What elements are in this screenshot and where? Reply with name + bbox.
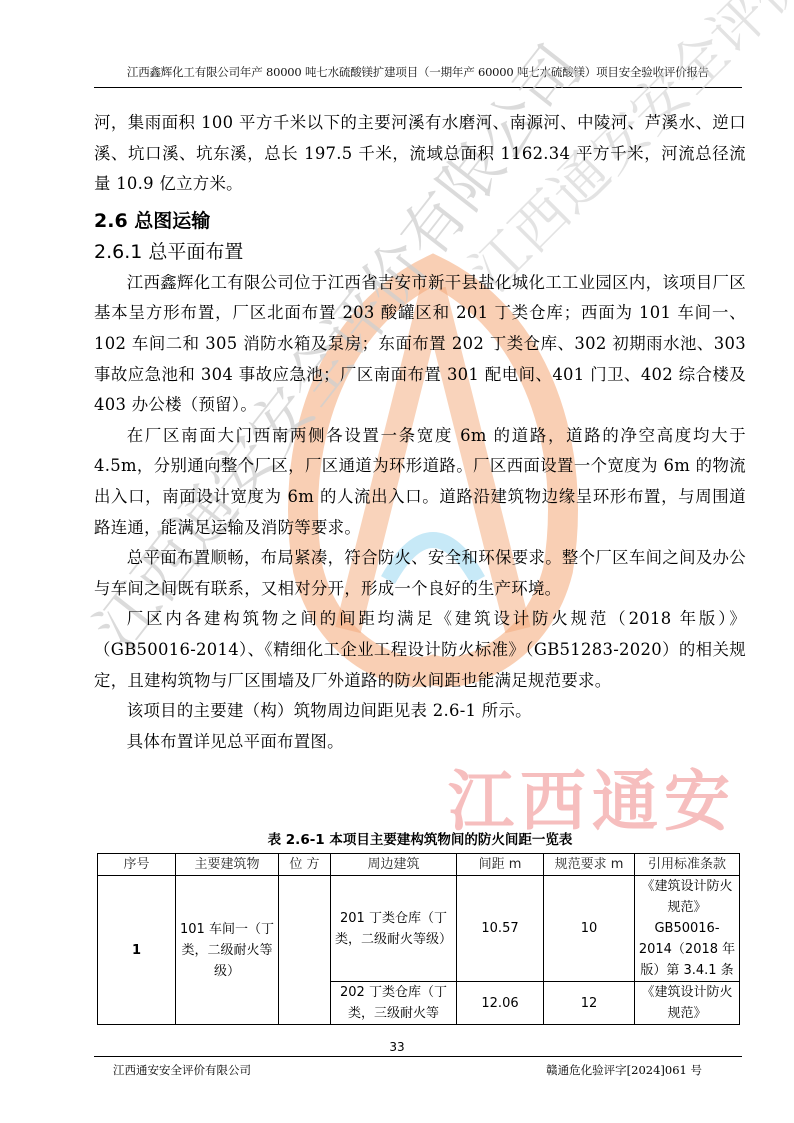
cell-neighbor: 201 丁类仓库（丁类，二级耐火等级） [331, 876, 457, 982]
paragraph-compact: 总平面布置顺畅，布局紧凑，符合防火、安全和环保要求。整个厂区车间之间及办公与车间… [94, 543, 746, 604]
cell-required: 10 [544, 876, 635, 982]
cell-seq: 1 [98, 876, 176, 1025]
paragraph-table-ref: 该项目的主要建（构）筑物周边间距见表 2.6-1 所示。 [94, 696, 746, 727]
paragraph-roads: 在厂区南面大门西南两侧各设置一条宽度 6m 的道路，道路的净空高度均大于 4.5… [94, 421, 746, 543]
col-header-required: 规范要求 m [544, 854, 635, 876]
cell-main-building: 101 车间一（丁类，二级耐火等级） [176, 876, 279, 1025]
cell-reference: 《建筑设计防火规范》GB50016-2014（2018 年版）第 3.4.1 条 [635, 876, 740, 982]
cell-position [279, 876, 331, 1025]
col-header-position: 位 方 [279, 854, 331, 876]
document-page: 江西鑫辉化工有限公司年产 80000 吨七水硫酸镁扩建项目（一期年产 60000… [0, 0, 794, 1123]
page-number: 33 [0, 1040, 794, 1054]
table-row: 1 101 车间一（丁类，二级耐火等级） 201 丁类仓库（丁类，二级耐火等级）… [98, 876, 740, 982]
fire-distance-table: 序号 主要建筑物 位 方 周边建筑 间距 m 规范要求 m 引用标准条款 1 1… [97, 853, 740, 1025]
subsection-heading: 2.6.1 总平面布置 [94, 236, 746, 268]
cell-required: 12 [544, 982, 635, 1025]
paragraph-rivers: 河，集雨面积 100 平方千米以下的主要河溪有水磨河、南源河、中陵河、芦溪水、逆… [94, 108, 746, 200]
paragraph-layout: 江西鑫辉化工有限公司位于江西省吉安市新干县盐化城化工工业园区内，该项目厂区基本呈… [94, 268, 746, 421]
table-header-row: 序号 主要建筑物 位 方 周边建筑 间距 m 规范要求 m 引用标准条款 [98, 854, 740, 876]
paragraph-plan-ref: 具体布置详见总平面布置图。 [94, 727, 746, 758]
col-header-reference: 引用标准条款 [635, 854, 740, 876]
col-header-distance: 间距 m [457, 854, 544, 876]
cell-distance: 10.57 [457, 876, 544, 982]
footer-company: 江西通安安全评价有限公司 [113, 1062, 251, 1078]
section-heading: 2.6 总图运输 [94, 206, 746, 236]
col-header-neighbor: 周边建筑 [331, 854, 457, 876]
col-header-seq: 序号 [98, 854, 176, 876]
footer-divider [94, 1056, 742, 1057]
footer-doc-number: 赣通危化验评字[2024]061 号 [546, 1062, 702, 1078]
paragraph-spacing: 厂区内各建构筑物之间的间距均满足《建筑设计防火规范（2018 年版）》（GB50… [94, 604, 746, 696]
table-caption: 表 2.6-1 本项目主要建构筑物间的防火间距一览表 [94, 828, 746, 848]
cell-reference: 《建筑设计防火规范》 [635, 982, 740, 1025]
cell-neighbor: 202 丁类仓库（丁类，三级耐火等 [331, 982, 457, 1025]
main-content: 河，集雨面积 100 平方千米以下的主要河溪有水磨河、南源河、中陵河、芦溪水、逆… [94, 108, 746, 757]
cell-distance: 12.06 [457, 982, 544, 1025]
col-header-main-building: 主要建筑物 [176, 854, 279, 876]
